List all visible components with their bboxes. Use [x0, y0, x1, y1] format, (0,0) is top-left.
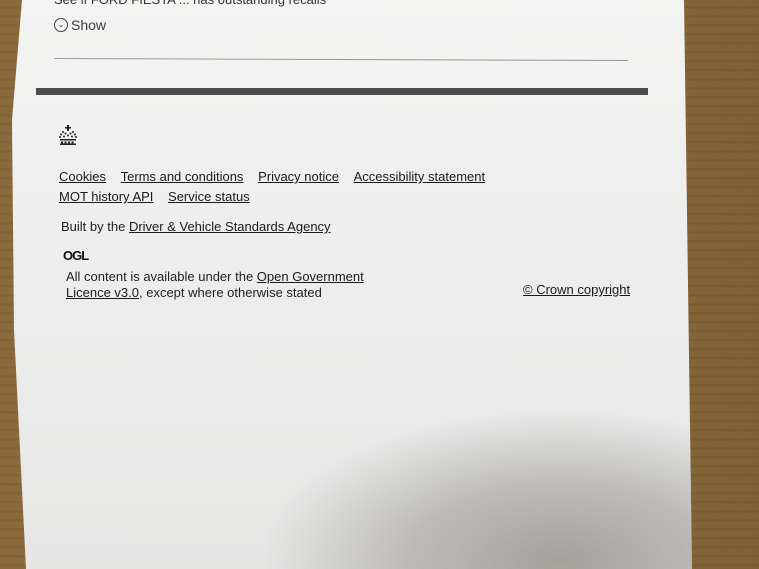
footer-top-border	[36, 88, 648, 95]
show-recalls-toggle[interactable]: ⌄ Show	[54, 17, 106, 33]
dvsa-link[interactable]: Driver & Vehicle Standards Agency	[129, 219, 331, 234]
crown-icon	[57, 124, 79, 146]
built-by-prefix: Built by the	[61, 219, 129, 234]
crown-copyright-link[interactable]: © Crown copyright	[523, 282, 630, 297]
footer-link-terms[interactable]: Terms and conditions	[121, 167, 244, 187]
recall-heading: See if FORD FIESTA ... has outstanding r…	[54, 0, 326, 7]
section-divider	[54, 58, 628, 61]
licence-statement: All content is available under the Open …	[66, 269, 386, 301]
licence-prefix: All content is available under the	[66, 269, 257, 284]
chevron-down-circle-icon: ⌄	[54, 18, 68, 32]
built-by-statement: Built by the Driver & Vehicle Standards …	[61, 219, 331, 234]
footer-link-cookies[interactable]: Cookies	[59, 167, 106, 187]
footer-links: Cookies Terms and conditions Privacy not…	[59, 167, 519, 207]
footer-link-accessibility[interactable]: Accessibility statement	[354, 167, 486, 187]
footer-link-mot-api[interactable]: MOT history API	[59, 187, 153, 207]
ogl-logo: OGL	[63, 248, 88, 263]
footer-link-privacy[interactable]: Privacy notice	[258, 167, 339, 187]
show-toggle-label: Show	[71, 17, 106, 33]
licence-suffix: , except where otherwise stated	[139, 285, 322, 300]
footer-link-service-status[interactable]: Service status	[168, 187, 250, 207]
page-content: See if FORD FIESTA ... has outstanding r…	[0, 0, 759, 569]
